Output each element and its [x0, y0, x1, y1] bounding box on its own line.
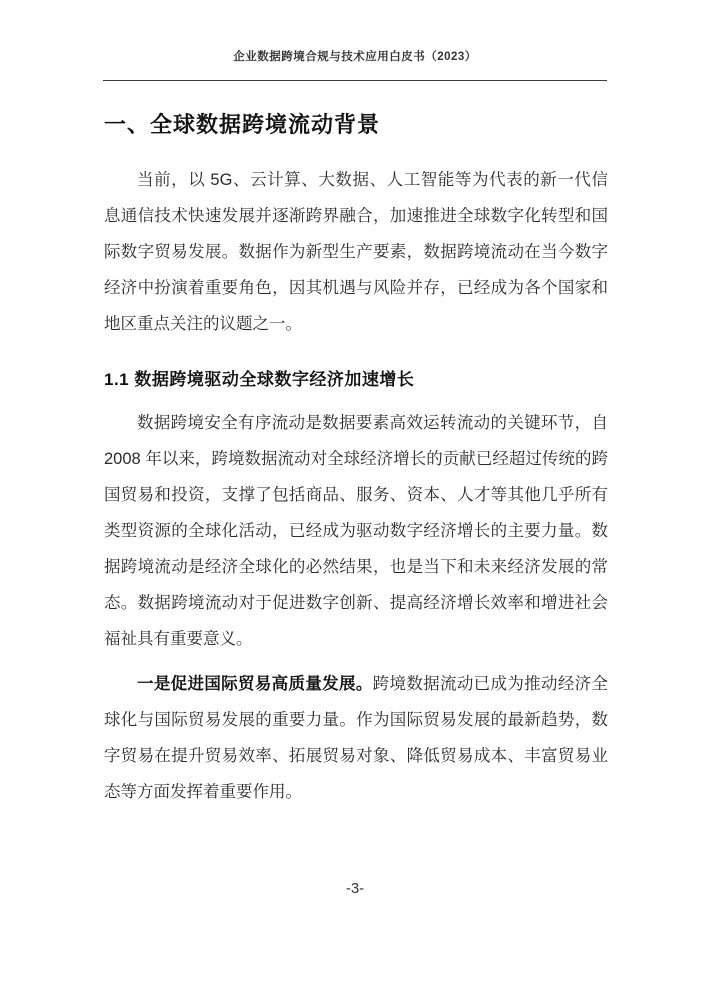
document-page: 企业数据跨境合规与技术应用白皮书（2023） 一、全球数据跨境流动背景 当前，以…	[0, 0, 710, 1004]
paragraph-intro: 当前，以 5G、云计算、大数据、人工智能等为代表的新一代信息通信技术快速发展并逐…	[104, 162, 608, 342]
subsection-heading: 1.1 数据跨境驱动全球数字经济加速增长	[104, 365, 608, 390]
footer-page-number: -3-	[0, 880, 710, 897]
header-divider	[103, 80, 607, 81]
running-header-title: 企业数据跨境合规与技术应用白皮书（2023）	[103, 48, 607, 64]
paragraph-trade-bold-lead: 一是促进国际贸易高质量发展。	[137, 675, 373, 693]
paragraph-trade: 一是促进国际贸易高质量发展。跨境数据流动已成为推动经济全球化与国际贸易发展的重要…	[104, 666, 608, 810]
paragraph-trade-body: 跨境数据流动已成为推动经济全球化与国际贸易发展的重要力量。作为国际贸易发展的最新…	[104, 675, 608, 801]
paragraph-growth: 数据跨境安全有序流动是数据要素高效运转流动的关键环节，自 2008 年以来，跨境…	[104, 405, 608, 657]
section-heading: 一、全球数据跨境流动背景	[104, 108, 608, 139]
